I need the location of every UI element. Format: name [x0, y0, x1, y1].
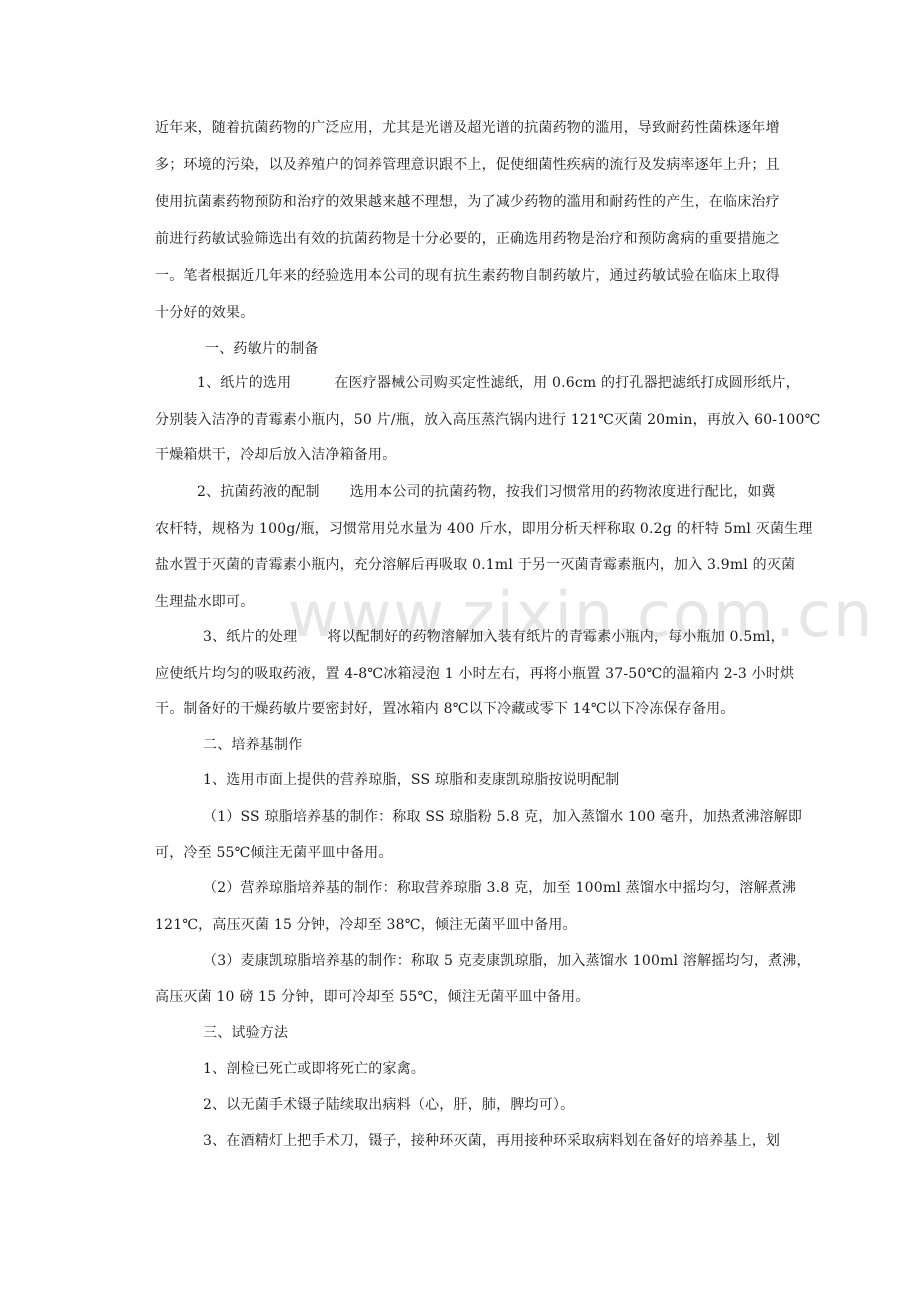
- paragraph-line: 干。制备好的干燥药敏片要密封好，置冰箱内 8℃以下冷藏或零下 14℃以下冷冻保存…: [155, 700, 767, 718]
- list-item: 1、剖检已死亡或即将死亡的家禽。: [203, 1060, 765, 1078]
- item-text: 在医疗器械公司购买定性滤纸，用 0.6cm 的打孔器把滤纸打成圆形纸片，: [334, 375, 799, 391]
- paragraph-line: 干燥箱烘干，冷却后放入洁净箱备用。: [155, 446, 767, 464]
- paragraph-line: 应使纸片均匀的吸取药液，置 4-8℃冰箱浸泡 1 小时左右，再将小瓶置 37-5…: [155, 665, 767, 683]
- item-title: 3、纸片的处理: [203, 629, 297, 645]
- item-text: 将以配制好的药物溶解加入装有纸片的青霉素小瓶内，每小瓶加 0.5ml，: [327, 629, 784, 645]
- paragraph-line: 近年来，随着抗菌药物的广泛应用，尤其是光谱及超光谱的抗菌药物的滥用，导致耐药性菌…: [155, 119, 767, 137]
- list-item: 1、选用市面上提供的营养琼脂，SS 琼脂和麦康凯琼脂按说明配制: [203, 771, 765, 789]
- document-body: 近年来，随着抗菌药物的广泛应用，尤其是光谱及超光谱的抗菌药物的滥用，导致耐药性菌…: [0, 0, 920, 1302]
- section-heading-3: 三、试验方法: [203, 1024, 765, 1042]
- document-page: www.zixin.com.cn 近年来，随着抗菌药物的广泛应用，尤其是光谱及超…: [0, 0, 920, 1302]
- sub-item-macconkey-agar: （3）麦康凯琼脂培养基的制作：称取 5 克麦康凯琼脂，加入蒸馏水 100ml 溶…: [203, 952, 767, 970]
- paragraph-line: 分别装入洁净的青霉素小瓶内，50 片/瓶，放入高压蒸汽锅内进行 121℃灭菌 2…: [155, 411, 767, 429]
- paragraph-line: 前进行药敏试验筛选出有效的抗菌药物是十分必要的，正确选用药物是治疗和预防禽病的重…: [155, 230, 767, 248]
- sub-item-nutrient-agar: （2）营养琼脂培养基的制作：称取营养琼脂 3.8 克，加至 100ml 蒸馏水中…: [203, 879, 767, 897]
- section-heading-1: 一、药敏片的制备: [205, 340, 767, 358]
- list-item: 3、在酒精灯上把手术刀，镊子，接种环灭菌，再用接种环采取病料划在备好的培养基上，…: [203, 1132, 767, 1150]
- paragraph-line: 多；环境的污染，以及养殖户的饲养管理意识跟不上，促使细菌性疾病的流行及发病率逐年…: [155, 156, 767, 174]
- paragraph-line: 农杆特，规格为 100g/瓶，习惯常用兑水量为 400 斤水，即用分析天枰称取 …: [155, 520, 767, 538]
- item-drug-solution: 2、抗菌药液的配制选用本公司的抗菌药物，按我们习惯常用的药物浓度进行配比，如冀: [197, 483, 767, 501]
- paragraph-line: 盐水置于灭菌的青霉素小瓶内，充分溶解后再吸取 0.1ml 于另一灭菌青霉素瓶内，…: [155, 556, 767, 574]
- section-heading-2: 二、培养基制作: [203, 736, 765, 754]
- paragraph-line: 一。笔者根据近几年来的经验选用本公司的现有抗生素药物自制药敏片，通过药敏试验在临…: [155, 267, 767, 285]
- paragraph-line: 可，冷至 55℃倾注无菌平皿中备用。: [155, 844, 767, 862]
- list-item: 2、以无菌手术镊子陆续取出病料（心，肝，肺，脾均可）。: [203, 1096, 765, 1114]
- paragraph-line: 使用抗菌素药物预防和治疗的效果越来越不理想，为了减少药物的滥用和耐药性的产生，在…: [155, 193, 767, 211]
- item-text: 选用本公司的抗菌药物，按我们习惯常用的药物浓度进行配比，如冀: [350, 484, 776, 500]
- item-paper-treatment: 3、纸片的处理将以配制好的药物溶解加入装有纸片的青霉素小瓶内，每小瓶加 0.5m…: [203, 628, 767, 646]
- paragraph-line: 121℃，高压灭菌 15 分钟，冷却至 38℃，倾注无菌平皿中备用。: [155, 916, 767, 934]
- paragraph-line: 十分好的效果。: [155, 304, 767, 322]
- paragraph-line: 高压灭菌 10 磅 15 分钟，即可冷却至 55℃，倾注无菌平皿中备用。: [155, 988, 767, 1006]
- sub-item-ss-agar: （1）SS 琼脂培养基的制作：称取 SS 琼脂粉 5.8 克，加入蒸馏水 100…: [203, 808, 767, 826]
- item-title: 1、纸片的选用: [197, 375, 291, 391]
- item-paper-selection: 1、纸片的选用在医疗器械公司购买定性滤纸，用 0.6cm 的打孔器把滤纸打成圆形…: [197, 374, 767, 392]
- paragraph-line: 生理盐水即可。: [155, 593, 767, 611]
- item-title: 2、抗菌药液的配制: [197, 484, 320, 500]
